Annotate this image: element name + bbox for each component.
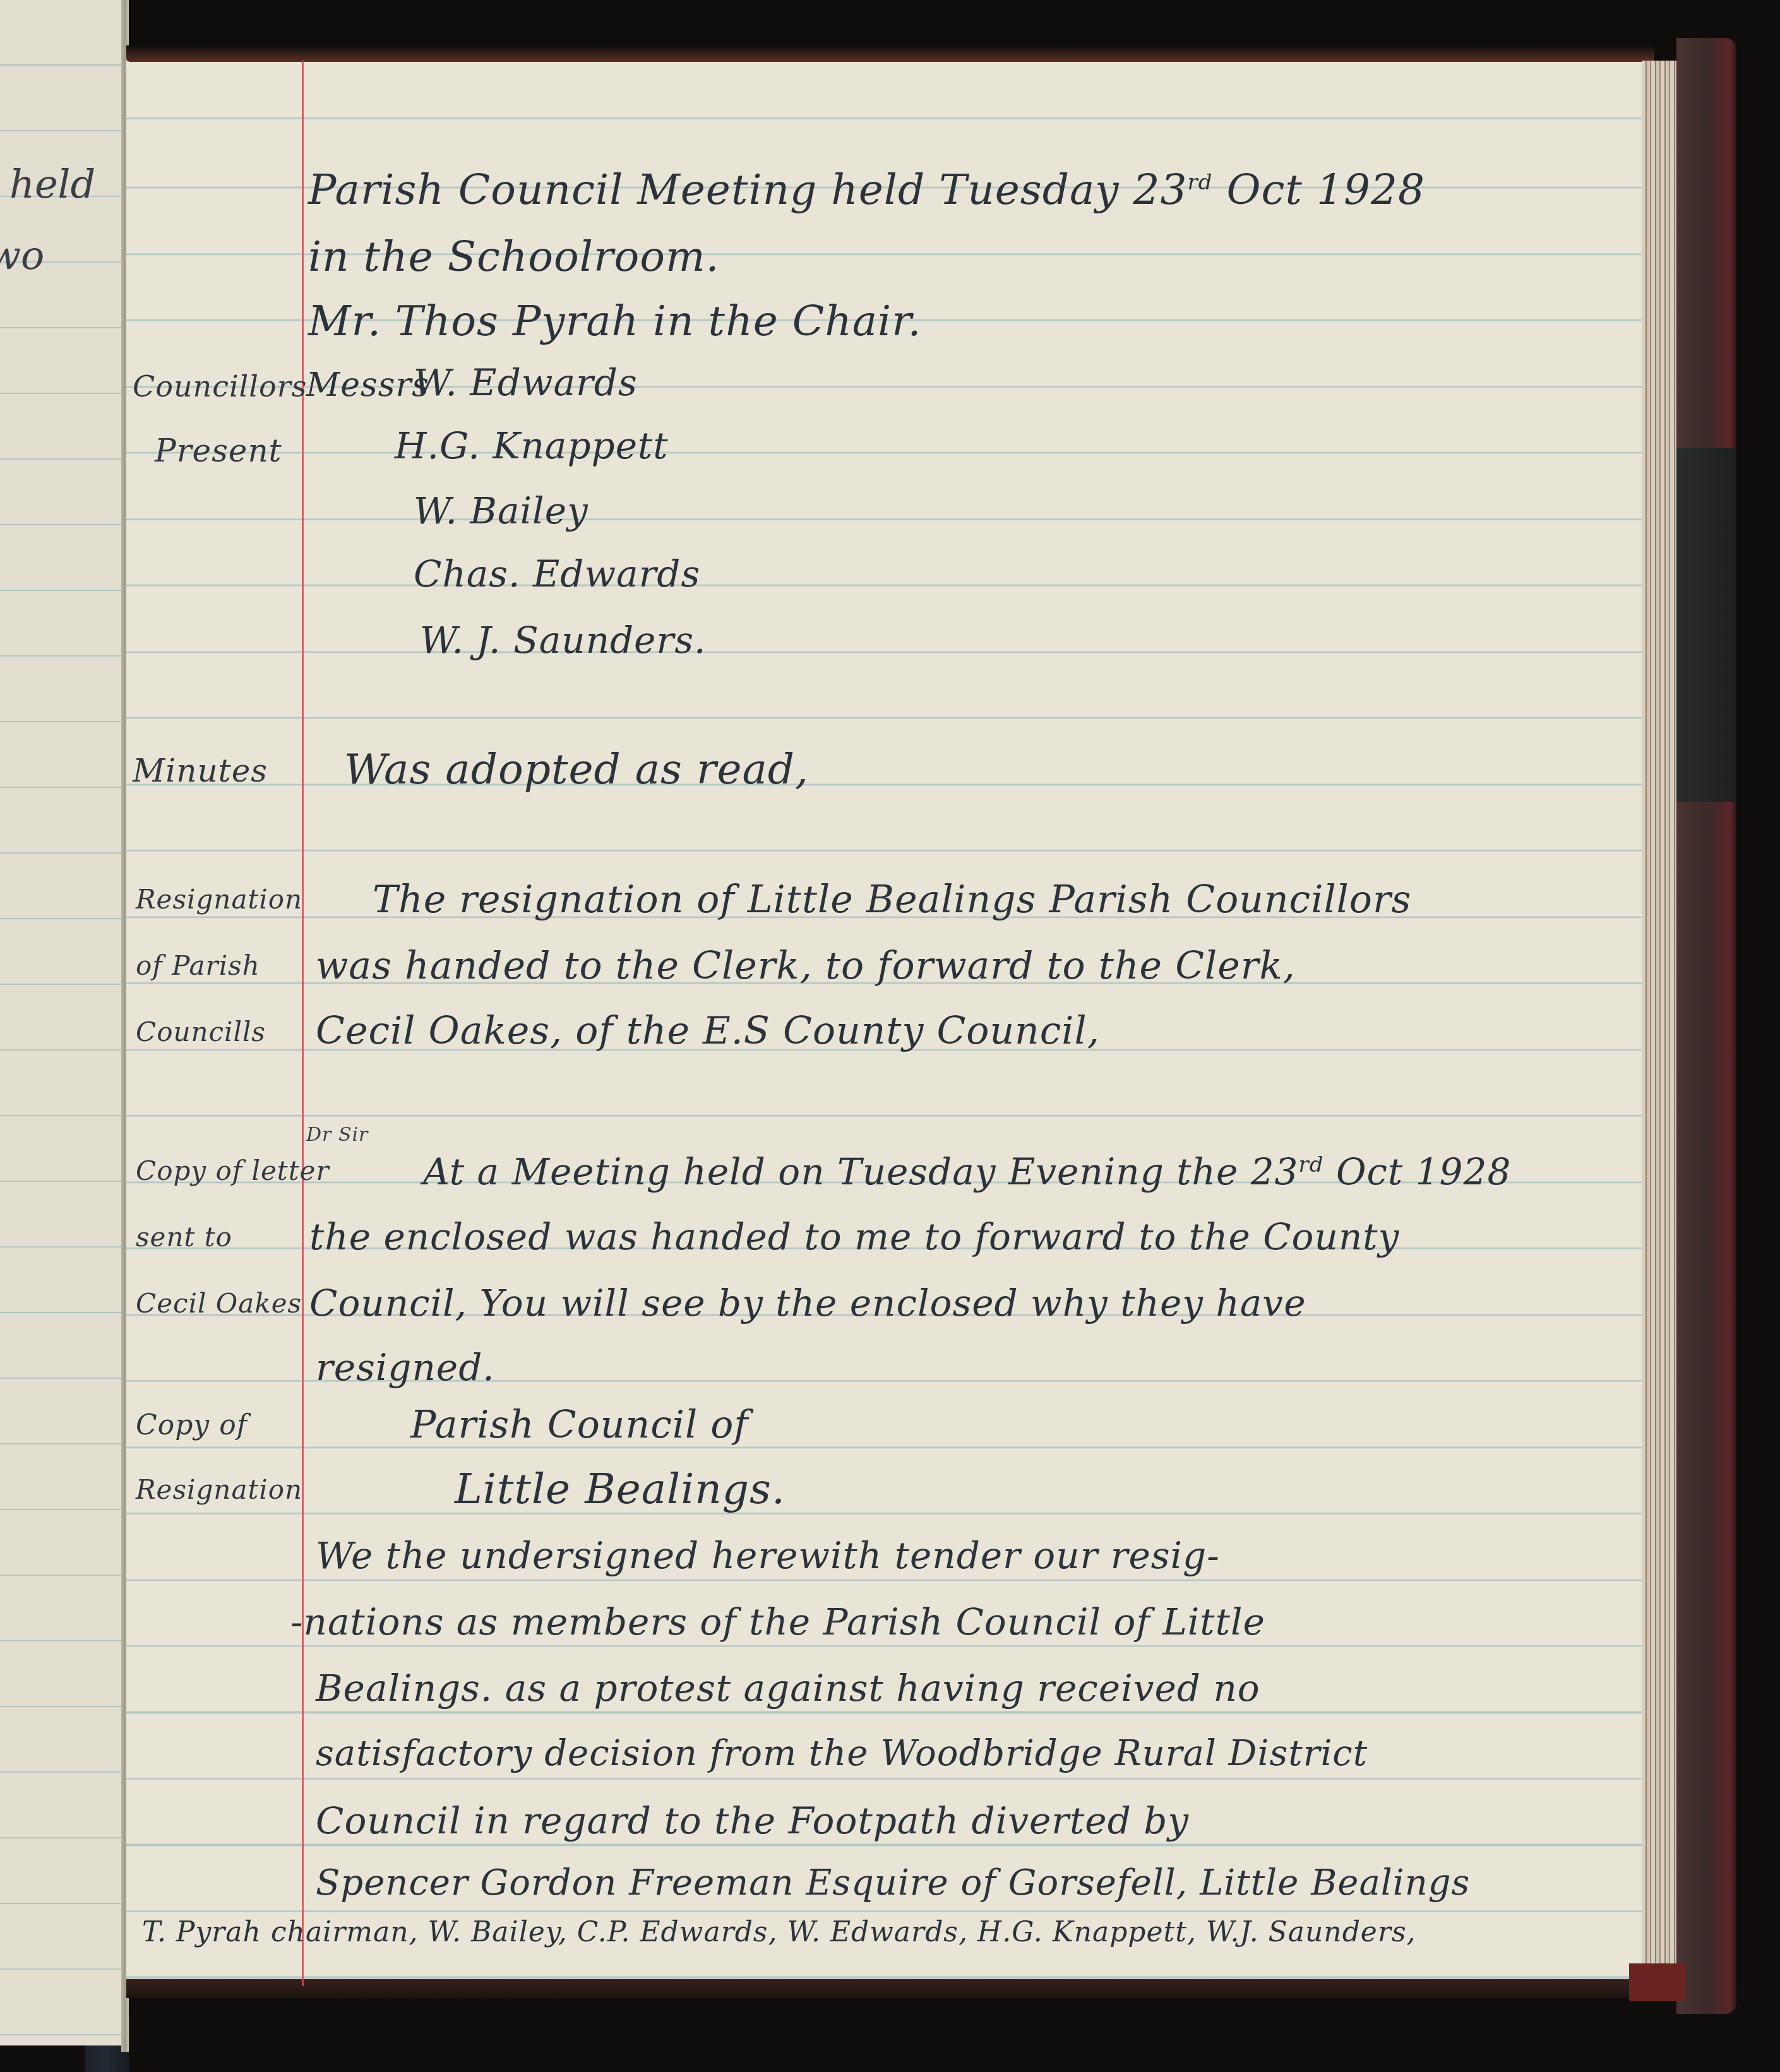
resignation-copy-line: Spencer Gordon Freeman Esquire of Gorsef…: [316, 1862, 1470, 1903]
margin-label-resignation-copy: Resignation: [136, 1474, 302, 1505]
resignation-copy-line: satisfactory decision from the Woodbridg…: [316, 1733, 1368, 1774]
book-cover-right: [1676, 38, 1736, 2014]
letter-line: resigned.: [316, 1346, 495, 1389]
margin-label-councillors: Councillors: [133, 369, 307, 403]
resignation-line: Cecil Oakes, of the E.S County Council,: [316, 1009, 1100, 1053]
margin-label-sent-to: sent to: [136, 1222, 232, 1253]
resignation-copy-line: Bealings. as a protest against having re…: [316, 1667, 1260, 1710]
letter-date-text: At a Meeting held on Tuesday Evening the…: [423, 1150, 1298, 1193]
cover-bottom-edge: [126, 1979, 1680, 1998]
letter-line-1: At a Meeting held on Tuesday Evening the…: [423, 1150, 1511, 1193]
margin-label-of-parish: of Parish: [136, 950, 260, 981]
cover-top-edge: [126, 45, 1654, 62]
meeting-heading: Parish Council Meeting held Tuesday 23rd…: [308, 165, 1425, 214]
heading-date-suffix: rd: [1187, 170, 1212, 195]
margin-label-councils: Councills: [136, 1016, 266, 1047]
councillor-name: Chas. Edwards: [414, 552, 700, 595]
resignation-copy-heading-2: Little Bealings.: [455, 1465, 785, 1513]
cover-cloth-band: [1676, 448, 1736, 802]
minutes-adopted-text: Was adopted as read,: [344, 745, 809, 794]
margin-label-resignation: Resignation: [136, 884, 302, 915]
councillor-name: W. J. Saunders.: [420, 619, 706, 662]
signatures-line: T. Pyrah chairman, W. Bailey, C.P. Edwar…: [142, 1916, 1416, 1948]
resignation-copy-line: -nations as members of the Parish Counci…: [290, 1600, 1265, 1643]
previous-page: held wo: [0, 0, 126, 2045]
resignation-line: was handed to the Clerk, to forward to t…: [316, 944, 1296, 988]
councillor-name: W. Bailey: [414, 489, 588, 532]
heading-date-year: Oct 1928: [1213, 165, 1426, 214]
red-margin-line: [302, 61, 304, 1986]
letter-date-suffix: rd: [1298, 1152, 1323, 1177]
resignation-copy-heading-1: Parish Council of: [410, 1403, 749, 1447]
councillor-name: W. Edwards: [414, 361, 638, 404]
margin-label-cecil-oakes: Cecil Oakes: [136, 1288, 302, 1319]
previous-page-fragment-1: held: [9, 161, 95, 207]
meeting-location: in the Schoolroom.: [308, 232, 720, 281]
resignation-copy-line: We the undersigned herewith tender our r…: [316, 1534, 1220, 1577]
resignation-line: The resignation of Little Bealings Paris…: [373, 878, 1411, 922]
attendance-prefix: Messrs: [306, 366, 429, 404]
margin-label-copy-of-letter: Copy of letter: [136, 1155, 330, 1186]
letter-line: Council, You will see by the enclosed wh…: [309, 1282, 1306, 1325]
margin-label-copy-of: Copy of: [136, 1409, 248, 1441]
heading-date-text: Parish Council Meeting held Tuesday 23: [308, 165, 1187, 214]
resignation-copy-line: Council in regard to the Footpath divert…: [316, 1799, 1189, 1842]
page-edges-stack: [1642, 61, 1680, 1986]
margin-label-present: Present: [155, 432, 282, 469]
letter-line: the enclosed was handed to me to forward…: [309, 1215, 1399, 1258]
letter-salutation: Dr Sir: [306, 1124, 368, 1146]
cover-corner: [1629, 1963, 1686, 2001]
meeting-chair: Mr. Thos Pyrah in the Chair.: [308, 297, 921, 345]
margin-label-minutes: Minutes: [133, 753, 268, 789]
councillor-name: H.G. Knappett: [395, 424, 669, 467]
previous-page-fragment-2: wo: [0, 232, 44, 278]
letter-date-year: Oct 1928: [1324, 1150, 1512, 1193]
